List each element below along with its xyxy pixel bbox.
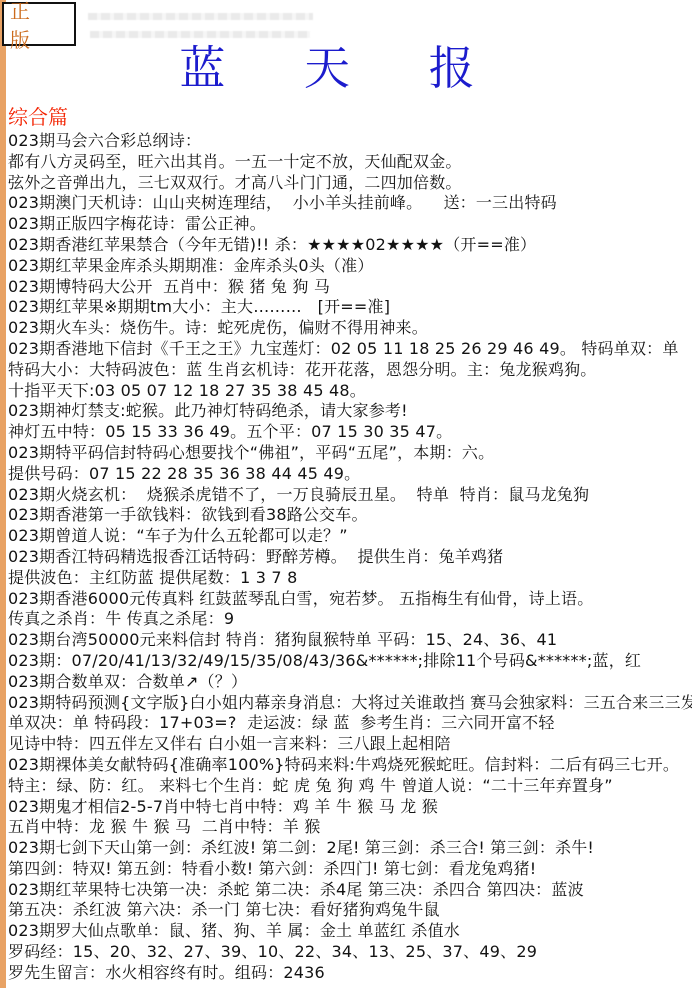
text-line: 023期澳门天机诗：山山夹树连理结， 小小羊头挂前峰。 送：一三出特码 (8, 193, 692, 214)
text-line: 023期裸体美女献特码{准确率100%}特码来料:牛鸡烧死猴蛇旺。信封料：二后有… (8, 755, 692, 776)
text-line: 023期博特码大公开 五肖中：猴 猪 兔 狗 马 (8, 277, 692, 298)
text-line: 弦外之音弹出九，三七双双行。才高八斗门门通，二四加倍数。 (8, 173, 692, 194)
text-line: 023期香江特码精选报香江话特码：野醉芳樽。 提供生肖：兔羊鸡猪 (8, 547, 692, 568)
text-line: 见诗中特：四五伴左又伴右 白小姐一言来料：三八跟上起相陪 (8, 734, 692, 755)
text-line: 023期合数单双：合数单↗（？） (8, 672, 692, 693)
text-line: 023期香港第一手欲钱料：欲钱到看38路公交车。 (8, 505, 692, 526)
text-line: 提供波色：主红防蓝 提供尾数：1 3 7 8 (8, 568, 692, 589)
text-line: 提供号码：07 15 22 28 35 36 38 44 45 49。 (8, 464, 692, 485)
text-line: 023期正版四字梅花诗：雷公正神。 (8, 214, 692, 235)
text-line: 罗先生留言：水火相容终有时。组码：2436 (8, 963, 692, 984)
text-line: 023期鬼才相信2-5-7肖中特七肖中特：鸡 羊 牛 猴 马 龙 猴 (8, 797, 692, 818)
text-line: 023期火车头：烧伤牛。诗：蛇死虎伤，偏财不得用神来。 (8, 318, 692, 339)
text-line: 神灯五中特：05 15 33 36 49。五个平：07 15 30 35 47。 (8, 422, 692, 443)
text-line: 023期香港红苹果禁合（今年无错)!! 杀：★★★★02★★★★（开==准） (8, 235, 692, 256)
page-title: 蓝 天 报 (0, 32, 660, 98)
text-line: 特主：绿、防：红。 来料七个生肖：蛇 虎 兔 狗 鸡 牛 曾道人说：“二十三年弃… (8, 776, 692, 797)
text-line: 023期火烧玄机： 烧猴杀虎错不了，一万良骑辰丑星。 特单 特肖：鼠马龙兔狗 (8, 485, 692, 506)
text-line: 023期香港6000元传真料 红鼓蓝琴乱白雪，宛若梦。 五指梅生有仙骨，诗上语。 (8, 589, 692, 610)
genuine-version-badge: 正 版 (2, 2, 76, 46)
text-line: 十指平天下:03 05 07 12 18 27 35 38 45 48。 (8, 381, 692, 402)
section-header: 综合篇 (8, 101, 68, 130)
text-line: 特码大小：大特码波色：蓝 生肖玄机诗：花开花落，恩怨分明。主：兔龙猴鸡狗。 (8, 360, 692, 381)
text-line: 023期红苹果※期期tm大小：主大……… [开==准] (8, 297, 692, 318)
text-line: 023期特码预测{文字版}白小姐内幕亲身消息：大将过关谁敢挡 赛马会独家料：三五… (8, 693, 692, 714)
genuine-version-badge-label: 正 版 (10, 0, 74, 53)
text-line: 023期：07/20/41/13/32/49/15/35/08/43/36&**… (8, 651, 692, 672)
text-line: 都有八方灵码至，旺六出其肖。一五一十定不放，天仙配双金。 (8, 152, 692, 173)
left-border-strip (0, 0, 6, 988)
ghost-print-line (88, 13, 313, 20)
text-line: 第五决：杀红波 第六决：杀一门 第七决：看好猪狗鸡兔牛鼠 (8, 900, 692, 921)
text-line: 023期红苹果特七决第一决：杀蛇 第二决：杀4尾 第三决：杀四合 第四决：蓝波 (8, 880, 692, 901)
text-line: 023期曾道人说：“车子为什么五轮都可以走？” (8, 526, 692, 547)
text-line: 单双决：单 特码段：17+03=? 走运波：绿 蓝 参考生肖：三六同开富不轻 (8, 713, 692, 734)
text-line: 023期神灯禁支:蛇猴。此乃神灯特码绝杀，请大家参考! (8, 401, 692, 422)
text-line: 023期红苹果金库杀头期期准：金库杀头0头（准） (8, 256, 692, 277)
text-line: 第四剑：特双! 第五剑：特看小数! 第六剑：杀四门! 第七剑：看龙兔鸡猪! (8, 859, 692, 880)
text-line: 传真之杀肖：牛 传真之杀尾：9 (8, 609, 692, 630)
text-line: 五肖中特：龙 猴 牛 猴 马 二肖中特：羊 猴 (8, 817, 692, 838)
text-line: 023期七剑下天山第一剑：杀红波! 第二剑：2尾! 第三剑：杀三合! 第三剑：杀… (8, 838, 692, 859)
text-line: 023期香港地下信封《千王之王》九宝莲灯：02 05 11 18 25 26 2… (8, 339, 692, 360)
text-line: 023期特平码信封特码心想要找个“佛祖”，平码“五尾”，本期：六。 (8, 443, 692, 464)
text-line: 023期马会六合彩总纲诗： (8, 131, 692, 152)
content-lines: 023期马会六合彩总纲诗：都有八方灵码至，旺六出其肖。一五一十定不放，天仙配双金… (8, 131, 692, 984)
text-line: 023期罗大仙点歌单：鼠、猪、狗、羊 属：金土 单蓝红 杀值水 (8, 921, 692, 942)
text-line: 罗码经：15、20、32、27、39、10、22、34、13、25、37、49、… (8, 942, 692, 963)
text-line: 023期台湾50000元来料信封 特肖：猪狗鼠猴特单 平码：15、24、36、4… (8, 630, 692, 651)
